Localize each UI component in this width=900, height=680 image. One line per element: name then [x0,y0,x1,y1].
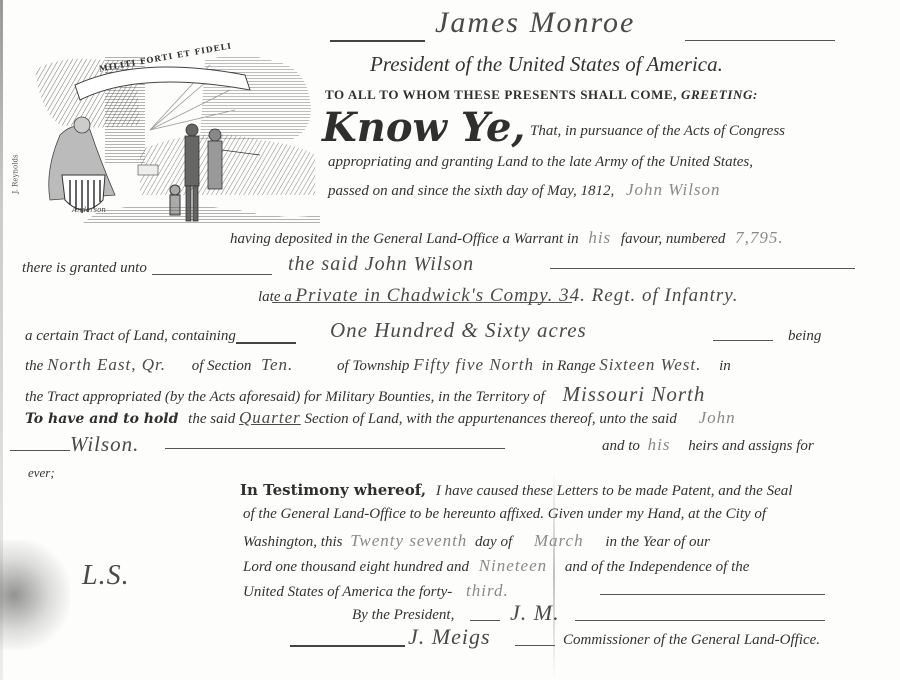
para2-line5: and to his heirs and assigns for [602,435,814,455]
pronoun-his: his [588,228,611,247]
para1-line1: That, in pursuance of the Acts of Congre… [530,123,785,140]
know-ye-heading: Know Ye, [322,104,525,151]
paper-stain [0,540,70,650]
range: Sixteen West. [599,355,701,374]
para1-line2: appropriating and granting Land to the l… [328,154,753,171]
blank-line [600,594,825,595]
year: Nineteen [479,556,547,575]
blank-line [152,274,272,275]
blank-line [575,620,825,621]
seal-ls: L.S. [82,560,130,592]
blank-line [165,448,505,449]
independence-year: third. [466,581,509,600]
ever-label: ever; [28,465,55,481]
testimony-line4: Lord one thousand eight hundred and Nine… [243,556,749,576]
blank-line [550,268,855,269]
signature-line [290,645,405,647]
president-title: President of the United States of Americ… [370,52,723,77]
blank-line [470,620,500,621]
township: Fifty five North [413,355,534,374]
month: March [534,531,584,550]
testimony-heading: In Testimony whereof, [240,481,426,499]
para2-line2: the North East, Qr. of Section Ten. of T… [25,355,731,375]
section-number: Ten. [261,355,293,374]
para2-line3: the Tract appropriated (by the Acts afor… [25,382,705,407]
para1-line4: having deposited in the General Land-Off… [230,228,784,248]
para2-line4: To have and to hold the said Quarter Sec… [25,408,736,428]
testimony-line5: United States of America the forty- thir… [243,581,509,601]
section-type: Quarter [239,408,301,427]
testimony-line1: In Testimony whereof, I have caused thes… [240,481,792,500]
president-signature: James Monroe [435,6,635,40]
grantee-name: John Wilson [626,180,721,199]
blank-line [515,645,555,646]
para1-line6: late a Private in Chadwick's Compy. 34. … [258,285,738,307]
commissioner-signature: J. Meigs [408,624,491,650]
president-initials: J. M. [510,600,560,626]
blank-line [236,342,296,344]
being-label: being [788,328,821,345]
para1-line3: passed on and since the sixth day of May… [328,180,721,200]
to-have-and-to-hold: To have and to hold [25,411,178,427]
testimony-line2: of the General Land-Office to be hereunt… [243,506,766,523]
testimony-line3: Washington, this Twenty seventh day of M… [243,531,710,551]
territory: Missouri North [562,382,705,406]
grantee-first-name: John [699,408,736,427]
warrant-number: 7,795. [735,228,784,247]
greeting-word: GREETING: [681,87,758,102]
quarter: North East, Qr. [47,355,166,374]
grantee-surname: Wilson. [70,432,139,457]
greeting-caps: TO ALL TO WHOM THESE PRESENTS SHALL COME… [325,87,677,102]
greeting-line: TO ALL TO WHOM THESE PRESENTS SHALL COME… [325,87,758,103]
blank-line [272,302,572,303]
tract-label: a certain Tract of Land, containing [25,328,236,345]
heirs-pronoun: his [648,435,671,454]
blank-line [10,450,70,451]
granted-unto-label: there is granted unto [22,260,147,277]
engraver-credit: Anderson [72,206,106,214]
engraved-vignette: MILITI FORTI ET FIDELI Anderson [20,30,320,225]
signature-line-left [330,40,425,42]
granted-unto-name: the said John Wilson [288,253,474,276]
side-label: J. Reynolds [12,154,20,193]
signature-line-right [685,40,835,41]
day-of-month: Twenty seventh [350,531,467,550]
blank-line [713,340,773,341]
by-the-president: By the President, [352,607,454,624]
commissioner-title: Commissioner of the General Land-Office. [563,632,820,649]
acreage: One Hundred & Sixty acres [330,318,587,343]
